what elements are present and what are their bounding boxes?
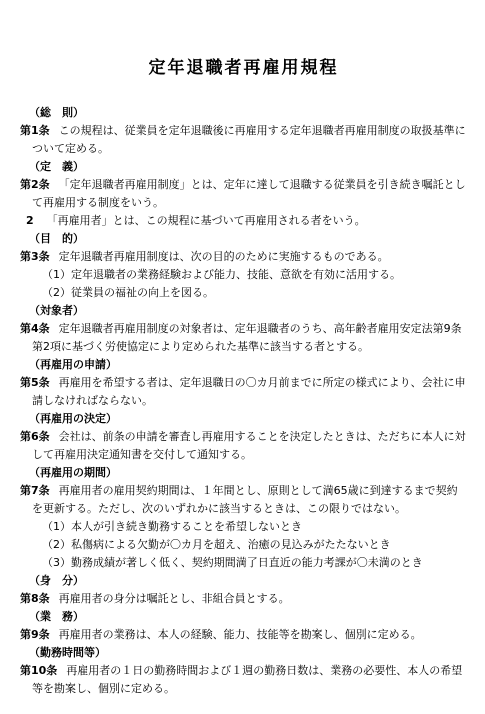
section-heading: （定 義） (20, 158, 467, 176)
article-number-label: 第7条 (20, 484, 50, 497)
article-subitem: （3）勤務成績が著しく低く、契約期間満了日直近の能力考課が〇未満のとき (20, 554, 467, 572)
section-duties: （業 務） 第9条再雇用者の業務は、本人の経験、能力、技能等を勘案し、個別に定め… (20, 608, 467, 644)
section-heading: （再雇用の決定） (20, 410, 467, 428)
document-title: 定年退職者再雇用規程 (20, 56, 467, 80)
article: 第4条定年退職者再雇用制度の対象者は、定年退職者のうち、高年齢者雇用安定法第9条… (20, 320, 467, 356)
section-reemployment-decision: （再雇用の決定） 第6条会社は、前条の申請を審査し再雇用することを決定したときは… (20, 410, 467, 464)
article-number-label: 第10条 (20, 664, 57, 677)
article-text: 会社は、前条の申請を審査し再雇用することを決定したときは、ただちに本人に対して再… (32, 430, 466, 461)
article: 第5条再雇用を希望する者は、定年退職日の〇カ月前までに所定の様式により、会社に申… (20, 374, 467, 410)
article: 第3条定年退職者再雇用制度は、次の目的のために実施するものである。 (20, 248, 467, 266)
section-reemployment-application: （再雇用の申請） 第5条再雇用を希望する者は、定年退職日の〇カ月前までに所定の様… (20, 356, 467, 410)
article-text: 定年退職者再雇用制度は、次の目的のために実施するものである。 (59, 250, 389, 263)
section-heading: （身 分） (20, 572, 467, 590)
article-text: 再雇用者の雇用契約期間は、１年間とし、原則として満65歳に到達するまで契約を更新… (32, 484, 458, 515)
article-text: 再雇用を希望する者は、定年退職日の〇カ月前までに所定の様式により、会社に申請しな… (32, 376, 466, 407)
article-text: この規程は、従業員を定年退職後に再雇用する定年退職者再雇用制度の取扱基準について… (32, 124, 466, 155)
article-number-label: 第2条 (20, 178, 50, 191)
article: 第1条この規程は、従業員を定年退職後に再雇用する定年退職者再雇用制度の取扱基準に… (20, 122, 467, 158)
section-heading: （勤務時間等） (20, 644, 467, 662)
article-paragraph: 2「再雇用者」とは、この規程に基づいて再雇用される者をいう。 (20, 212, 467, 230)
article: 第9条再雇用者の業務は、本人の経験、能力、技能等を勘案し、個別に定める。 (20, 626, 467, 644)
article: 第7条再雇用者の雇用契約期間は、１年間とし、原則として満65歳に到達するまで契約… (20, 482, 467, 518)
article-text: 再雇用者の身分は嘱託とし、非組合員とする。 (59, 592, 290, 605)
section-definitions: （定 義） 第2条「定年退職者再雇用制度」とは、定年に達して退職する従業員を引き… (20, 158, 467, 230)
section-reemployment-period: （再雇用の期間） 第7条再雇用者の雇用契約期間は、１年間とし、原則として満65歳… (20, 464, 467, 572)
section-purpose: （目 的） 第3条定年退職者再雇用制度は、次の目的のために実施するものである。 … (20, 230, 467, 302)
article: 第6条会社は、前条の申請を審査し再雇用することを決定したときは、ただちに本人に対… (20, 428, 467, 464)
article-number-label: 第8条 (20, 592, 50, 605)
article-text: 再雇用者の業務は、本人の経験、能力、技能等を勘案し、個別に定める。 (59, 628, 422, 641)
article-text: 定年退職者再雇用制度の対象者は、定年退職者のうち、高年齢者雇用安定法第9条第2項… (32, 322, 462, 353)
section-heading: （再雇用の期間） (20, 464, 467, 482)
article-subitem: （2）私傷病による欠勤が〇カ月を超え、治癒の見込みがたたないとき (20, 536, 467, 554)
article-number-label: 第3条 (20, 250, 50, 263)
article: 第2条「定年退職者再雇用制度」とは、定年に達して退職する従業員を引き続き嘱託とし… (20, 176, 467, 212)
section-heading: （目 的） (20, 230, 467, 248)
article-subitem: （1）本人が引き続き勤務することを希望しないとき (20, 518, 467, 536)
section-heading: （対象者） (20, 302, 467, 320)
paragraph-number-label: 2 (26, 214, 34, 227)
section-eligibility: （対象者） 第4条定年退職者再雇用制度の対象者は、定年退職者のうち、高年齢者雇用… (20, 302, 467, 356)
article-text: 再雇用者の１日の勤務時間および１週の勤務日数は、業務の必要性、本人の希望等を勘案… (32, 664, 462, 695)
article-number-label: 第5条 (20, 376, 50, 389)
section-working-hours: （勤務時間等） 第10条再雇用者の１日の勤務時間および１週の勤務日数は、業務の必… (20, 644, 467, 698)
article: 第8条再雇用者の身分は嘱託とし、非組合員とする。 (20, 590, 467, 608)
document-page: 定年退職者再雇用規程 （総 則） 第1条この規程は、従業員を定年退職後に再雇用す… (0, 0, 485, 714)
article-subitem: （2）従業員の福祉の向上を図る。 (20, 284, 467, 302)
section-heading: （業 務） (20, 608, 467, 626)
paragraph-text: 「再雇用者」とは、この規程に基づいて再雇用される者をいう。 (47, 214, 366, 227)
section-status: （身 分） 第8条再雇用者の身分は嘱託とし、非組合員とする。 (20, 572, 467, 608)
section-heading: （総 則） (20, 104, 467, 122)
article-number-label: 第6条 (20, 430, 50, 443)
section-heading: （再雇用の申請） (20, 356, 467, 374)
article-text: 「定年退職者再雇用制度」とは、定年に達して退職する従業員を引き続き嘱託として再雇… (32, 178, 466, 209)
article-number-label: 第9条 (20, 628, 50, 641)
article-number-label: 第1条 (20, 124, 50, 137)
article-subitem: （1）定年退職者の業務経験および能力、技能、意欲を有効に活用する。 (20, 266, 467, 284)
article: 第10条再雇用者の１日の勤務時間および１週の勤務日数は、業務の必要性、本人の希望… (20, 662, 467, 698)
section-general-provisions: （総 則） 第1条この規程は、従業員を定年退職後に再雇用する定年退職者再雇用制度… (20, 104, 467, 158)
article-number-label: 第4条 (20, 322, 50, 335)
